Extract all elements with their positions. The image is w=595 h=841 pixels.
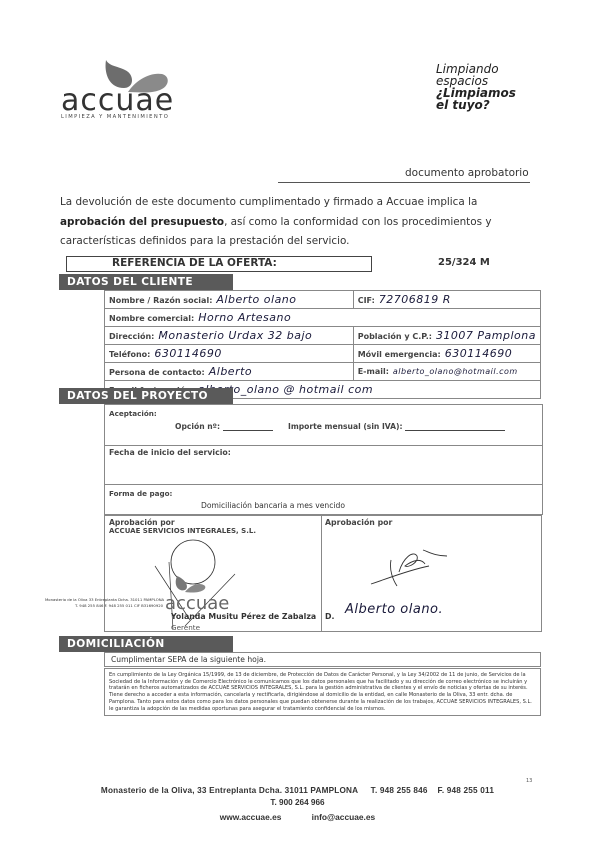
client-signer-name: Alberto olano. xyxy=(345,602,443,617)
contact-label: Persona de contacto: xyxy=(109,368,205,377)
slogan: Limpiando espacios ¿Limpiamos el tuyo? xyxy=(436,63,516,111)
footer-fax: F. 948 255 011 xyxy=(438,786,495,795)
footer-email-link[interactable]: info@accuae.es xyxy=(312,812,376,822)
address-label: Dirección: xyxy=(109,332,154,341)
name-field[interactable]: Nombre / Razón social:Alberto olano xyxy=(105,291,354,309)
table-row: Nombre / Razón social:Alberto olano CIF:… xyxy=(105,291,541,309)
table-row: Nombre comercial:Horno Artesano xyxy=(105,309,541,327)
address-field[interactable]: Dirección:Monasterio Urdax 32 bajo xyxy=(105,327,354,345)
intro-bold: aprobación del presupuesto xyxy=(60,216,224,228)
stamp-phone: T. 948 255 846 F. 948 255 011 CIF B31690… xyxy=(75,603,163,608)
city-label: Población y C.P.: xyxy=(358,332,432,341)
client-signature-icon xyxy=(369,540,449,590)
footer-address: Monasterio de la Oliva, 33 Entreplanta D… xyxy=(101,786,358,795)
email-label: E-mail: xyxy=(358,367,389,376)
name-value: Alberto olano xyxy=(216,293,296,306)
page-number: 13 xyxy=(526,778,532,784)
footer-web-line: www.accuae.es info@accuae.es xyxy=(0,812,595,822)
acceptance-box: Aceptación: Opción nº: Importe mensual (… xyxy=(104,404,543,446)
approval-client-box[interactable]: Aprobación por D. Alberto olano. xyxy=(321,515,542,632)
table-row: Teléfono:630114690 Móvil emergencia:6301… xyxy=(105,345,541,363)
monthly-amount-label: Importe mensual (sin IVA): xyxy=(288,422,403,431)
mobile-value: 630114690 xyxy=(445,347,513,360)
cif-value: 72706819 R xyxy=(379,293,451,306)
cif-label: CIF: xyxy=(358,296,375,305)
acceptance-label: Aceptación: xyxy=(109,409,157,418)
section-header-project: DATOS DEL PROYECTO xyxy=(59,388,233,404)
signer-role: Gerente xyxy=(171,623,200,632)
mobile-label: Móvil emergencia: xyxy=(358,350,441,359)
option-field[interactable]: Opción nº: xyxy=(175,422,273,431)
contact-value: Alberto xyxy=(209,365,252,378)
table-row: Dirección:Monasterio Urdax 32 bajo Pobla… xyxy=(105,327,541,345)
start-date-label: Fecha de inicio del servicio: xyxy=(109,448,231,457)
signer-name: Yolanda Musitu Pérez de Zabalza xyxy=(171,612,316,621)
document-title: documento aprobatorio xyxy=(405,167,529,179)
payment-label: Forma de pago: xyxy=(109,489,172,498)
intro-paragraph: La devolución de este documento cumplime… xyxy=(60,193,542,252)
reference-label: REFERENCIA DE LA OFERTA: xyxy=(112,257,277,269)
city-value: 31007 Pamplona xyxy=(436,329,536,342)
svg-text:accuae: accuae xyxy=(165,593,229,614)
start-date-box[interactable]: Fecha de inicio del servicio: xyxy=(104,444,543,485)
data-protection-notice: En cumplimiento de la Ley Orgánica 15/19… xyxy=(104,668,541,716)
stamp-address: Monasterio de la Oliva 33 Entreplanta Dc… xyxy=(45,597,164,602)
commercial-name-value: Horno Artesano xyxy=(198,311,291,324)
slogan-line-4: el tuyo? xyxy=(436,99,516,111)
mobile-field[interactable]: Móvil emergencia:630114690 xyxy=(353,345,540,363)
email-field[interactable]: E-mail:alberto_olano@hotmail.com xyxy=(353,363,540,381)
sepa-note: Cumplimentar SEPA de la siguiente hoja. xyxy=(104,652,541,667)
client-data-table: Nombre / Razón social:Alberto olano CIF:… xyxy=(104,290,541,399)
address-value: Monasterio Urdax 32 bajo xyxy=(158,329,312,342)
section-header-client: DATOS DEL CLIENTE xyxy=(59,274,233,290)
approval-left-label: Aprobación por xyxy=(109,518,175,527)
footer-phone: T. 948 255 846 xyxy=(371,786,428,795)
client-signer-prefix: D. xyxy=(325,612,334,621)
commercial-name-field[interactable]: Nombre comercial:Horno Artesano xyxy=(105,309,541,327)
cif-field[interactable]: CIF:72706819 R xyxy=(353,291,540,309)
monthly-amount-field[interactable]: Importe mensual (sin IVA): xyxy=(288,422,505,431)
title-divider xyxy=(278,182,530,183)
phone-value: 630114690 xyxy=(154,347,222,360)
email-value: alberto_olano@hotmail.com xyxy=(393,367,518,376)
name-label: Nombre / Razón social: xyxy=(109,296,212,305)
brand-tagline: LIMPIEZA Y MANTENIMIENTO xyxy=(61,114,169,120)
table-row: Persona de contacto:Alberto E-mail:alber… xyxy=(105,363,541,381)
monthly-amount-input[interactable] xyxy=(405,422,505,431)
reference-value: 25/324 M xyxy=(438,257,490,268)
payment-box: Forma de pago: Domiciliación bancaria a … xyxy=(104,484,543,515)
footer-phone2: T. 900 264 966 xyxy=(0,798,595,807)
approval-company-box: Aprobación por ACCUAE SERVICIOS INTEGRAL… xyxy=(104,515,322,632)
brand-name: accuae xyxy=(61,86,174,116)
commercial-name-label: Nombre comercial: xyxy=(109,314,194,323)
option-label: Opción nº: xyxy=(175,422,220,431)
section-header-bank: DOMICILIACIÓN BANCARIA xyxy=(59,636,233,652)
payment-value: Domiciliación bancaria a mes vencido xyxy=(201,501,345,510)
footer-address-line: Monasterio de la Oliva, 33 Entreplanta D… xyxy=(0,786,595,795)
phone-label: Teléfono: xyxy=(109,350,150,359)
intro-text-1: La devolución de este documento cumplime… xyxy=(60,196,477,208)
contact-field[interactable]: Persona de contacto:Alberto xyxy=(105,363,354,381)
city-field[interactable]: Población y C.P.:31007 Pamplona xyxy=(353,327,540,345)
footer-website-link[interactable]: www.accuae.es xyxy=(220,812,282,822)
approval-right-label: Aprobación por xyxy=(325,518,392,527)
option-input[interactable] xyxy=(223,422,273,431)
phone-field[interactable]: Teléfono:630114690 xyxy=(105,345,354,363)
